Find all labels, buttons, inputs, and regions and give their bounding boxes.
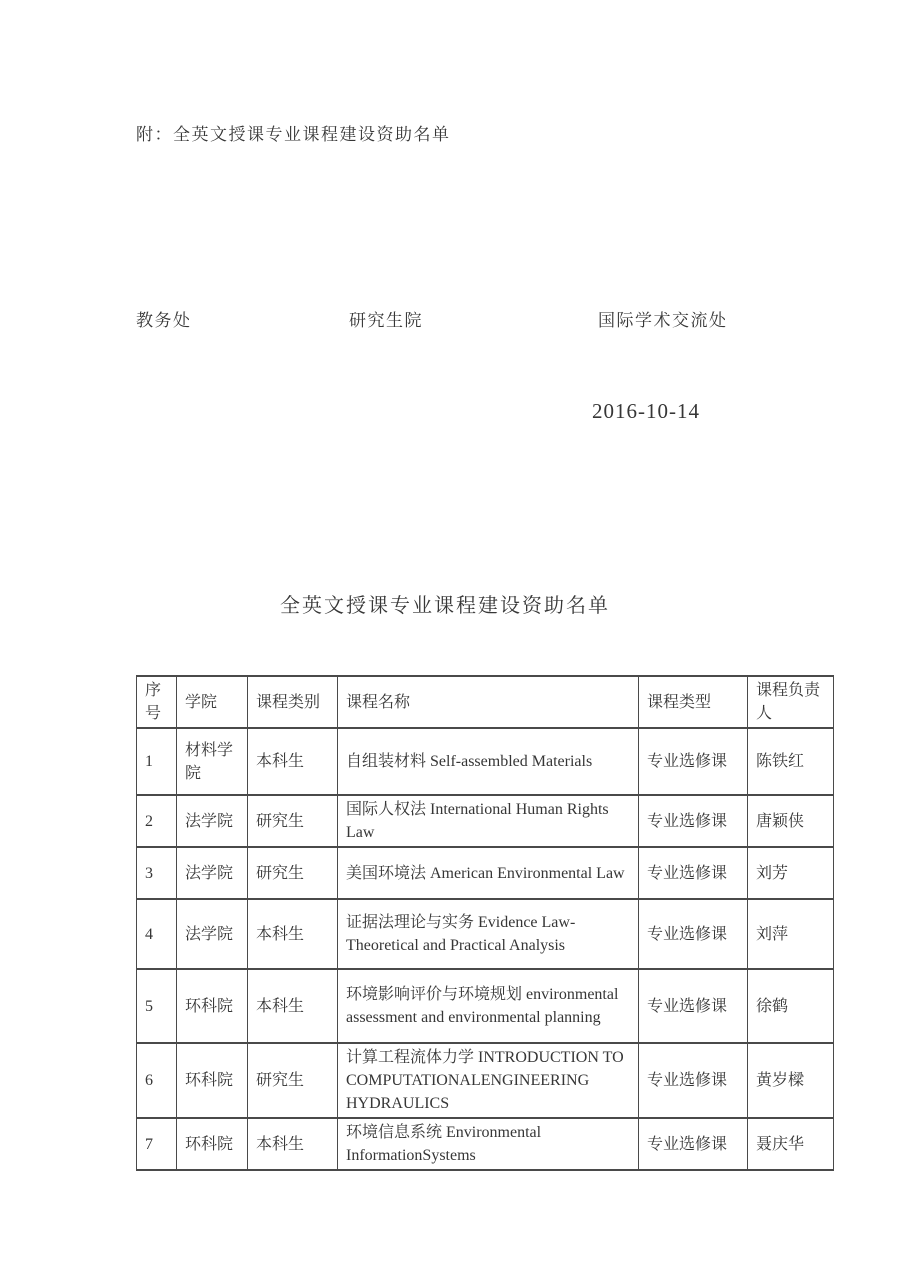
cell-category: 本科生 bbox=[248, 969, 338, 1043]
cell-serial: 3 bbox=[137, 847, 177, 899]
cell-course-name: 环境信息系统 Environmental InformationSystems bbox=[338, 1118, 639, 1170]
cell-category: 本科生 bbox=[248, 1118, 338, 1170]
cell-course-type: 专业选修课 bbox=[639, 795, 748, 847]
cell-course-name: 证据法理论与实务 Evidence Law-Theoretical and Pr… bbox=[338, 899, 639, 969]
cell-college: 法学院 bbox=[177, 847, 248, 899]
cell-college: 环科院 bbox=[177, 1118, 248, 1170]
cell-leader: 刘萍 bbox=[748, 899, 834, 969]
table-row: 1 材料学院 本科生 自组装材料 Self-assembled Material… bbox=[137, 728, 834, 795]
department-graduate-school: 研究生院 bbox=[349, 306, 423, 331]
cell-category: 研究生 bbox=[248, 795, 338, 847]
cell-course-type: 专业选修课 bbox=[639, 969, 748, 1043]
cell-leader: 黄岁樑 bbox=[748, 1043, 834, 1118]
table-row: 7 环科院 本科生 环境信息系统 Environmental Informati… bbox=[137, 1118, 834, 1170]
cell-serial: 5 bbox=[137, 969, 177, 1043]
cell-course-name: 美国环境法 American Environmental Law bbox=[338, 847, 639, 899]
cell-course-name: 环境影响评价与环境规划 environmental assessment and… bbox=[338, 969, 639, 1043]
header-course-name: 课程名称 bbox=[338, 676, 639, 728]
table-row: 3 法学院 研究生 美国环境法 American Environmental L… bbox=[137, 847, 834, 899]
cell-serial: 4 bbox=[137, 899, 177, 969]
cell-college: 环科院 bbox=[177, 969, 248, 1043]
cell-course-type: 专业选修课 bbox=[639, 899, 748, 969]
cell-category: 本科生 bbox=[248, 728, 338, 795]
cell-leader: 聂庆华 bbox=[748, 1118, 834, 1170]
cell-serial: 1 bbox=[137, 728, 177, 795]
cell-category: 研究生 bbox=[248, 1043, 338, 1118]
cell-course-type: 专业选修课 bbox=[639, 1118, 748, 1170]
cell-leader: 陈铁红 bbox=[748, 728, 834, 795]
table-header-row: 序号 学院 课程类别 课程名称 课程类型 课程负责人 bbox=[137, 676, 834, 728]
header-college: 学院 bbox=[177, 676, 248, 728]
cell-college: 法学院 bbox=[177, 795, 248, 847]
header-serial-number: 序号 bbox=[137, 676, 177, 728]
cell-course-type: 专业选修课 bbox=[639, 1043, 748, 1118]
document-date: 2016-10-14 bbox=[592, 399, 700, 424]
course-funding-table: 序号 学院 课程类别 课程名称 课程类型 课程负责人 1 材料学院 本科生 自组… bbox=[136, 675, 834, 1171]
header-course-type: 课程类型 bbox=[639, 676, 748, 728]
cell-serial: 6 bbox=[137, 1043, 177, 1118]
header-course-leader: 课程负责人 bbox=[748, 676, 834, 728]
table-row: 2 法学院 研究生 国际人权法 International Human Righ… bbox=[137, 795, 834, 847]
table-row: 6 环科院 研究生 计算工程流体力学 INTRODUCTION TO COMPU… bbox=[137, 1043, 834, 1118]
cell-course-name: 国际人权法 International Human Rights Law bbox=[338, 795, 639, 847]
attachment-heading: 附：全英文授课专业课程建设资助名单 bbox=[136, 120, 451, 145]
cell-college: 法学院 bbox=[177, 899, 248, 969]
cell-category: 本科生 bbox=[248, 899, 338, 969]
cell-leader: 徐鹤 bbox=[748, 969, 834, 1043]
header-course-category: 课程类别 bbox=[248, 676, 338, 728]
department-international-exchange: 国际学术交流处 bbox=[598, 306, 728, 331]
cell-course-name: 计算工程流体力学 INTRODUCTION TO COMPUTATIONALEN… bbox=[338, 1043, 639, 1118]
cell-serial: 2 bbox=[137, 795, 177, 847]
cell-leader: 刘芳 bbox=[748, 847, 834, 899]
cell-course-type: 专业选修课 bbox=[639, 728, 748, 795]
table-row: 5 环科院 本科生 环境影响评价与环境规划 environmental asse… bbox=[137, 969, 834, 1043]
cell-course-name: 自组装材料 Self-assembled Materials bbox=[338, 728, 639, 795]
table-row: 4 法学院 本科生 证据法理论与实务 Evidence Law-Theoreti… bbox=[137, 899, 834, 969]
cell-category: 研究生 bbox=[248, 847, 338, 899]
cell-college: 材料学院 bbox=[177, 728, 248, 795]
cell-serial: 7 bbox=[137, 1118, 177, 1170]
cell-course-type: 专业选修课 bbox=[639, 847, 748, 899]
document-page: 附：全英文授课专业课程建设资助名单 教务处 研究生院 国际学术交流处 2016-… bbox=[0, 0, 900, 1272]
cell-leader: 唐颖侠 bbox=[748, 795, 834, 847]
table-title: 全英文授课专业课程建设资助名单 bbox=[0, 589, 890, 618]
cell-college: 环科院 bbox=[177, 1043, 248, 1118]
department-academic-affairs: 教务处 bbox=[136, 306, 192, 331]
